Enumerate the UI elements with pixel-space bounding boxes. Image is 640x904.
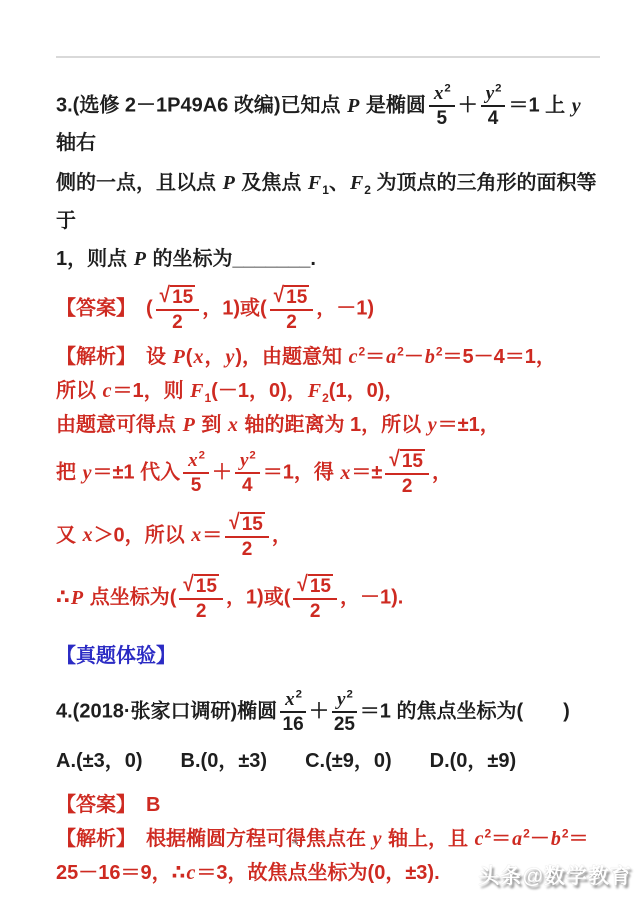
option-d: D.(0，±9) [430,742,517,780]
document-page: 3.(选修 2－1P49A6 改编)已知点 P 是椭圆x25＋y24＝1 上 y… [0,56,640,890]
problem3-analysis-line-2: 所以 c＝1，则 F1(－1，0)，F2(1，0)， [56,374,600,408]
problem4-analysis-line-1: 【解析】 根据椭圆方程可得焦点在 y 轴上，且 c2＝a2－b2＝ [56,822,600,856]
problem3-analysis-line-3: 由题意可得点 P 到 x 轴的距离为 1，所以 y＝±1， [56,408,600,442]
watermark: 头条@数学教育 [479,860,632,890]
problem4-answer: 【答案】 B [56,788,600,822]
problem3-line1: 3.(选修 2－1P49A6 改编)已知点 P 是椭圆x25＋y24＝1 上 y… [56,76,600,164]
problem3-line2: 侧的一点，且以点 P 及焦点 F1、F2 为顶点的三角形的面积等于 [56,164,600,240]
problem3-line3: 1，则点 P 的坐标为_______. [56,240,600,278]
option-c: C.(±9，0) [305,742,392,780]
top-divider [56,56,600,58]
problem4-line1: 4.(2018·张家口调研)椭圆x216＋y225＝1 的焦点坐标为( ) [56,682,600,743]
problem3-analysis-line-6: ∴P 点坐标为(√152，1)或(√152，－1). [56,567,600,630]
option-b: B.(0，±3) [181,742,268,780]
problem3-analysis-line-5: 又 x＞0，所以 x＝√152， [56,505,600,568]
page-number: 4 [292,836,298,848]
problem3-analysis-line-4: 把 y＝±1 代入x25＋y24＝1，得 x＝±√152， [56,442,600,505]
problem4-options-row: A.(±3，0) B.(0，±3) C.(±9，0) D.(0，±9) [56,742,600,780]
problem3-answer: 【答案】 (√152，1)或(√152，－1) [56,278,600,341]
section-header-zhenti: 【真题体验】 [56,636,600,676]
option-a: A.(±3，0) [56,742,143,780]
problem3-analysis-line-1: 【解析】 设 P(x，y)，由题意知 c2＝a2－b2＝5－4＝1， [56,340,600,374]
